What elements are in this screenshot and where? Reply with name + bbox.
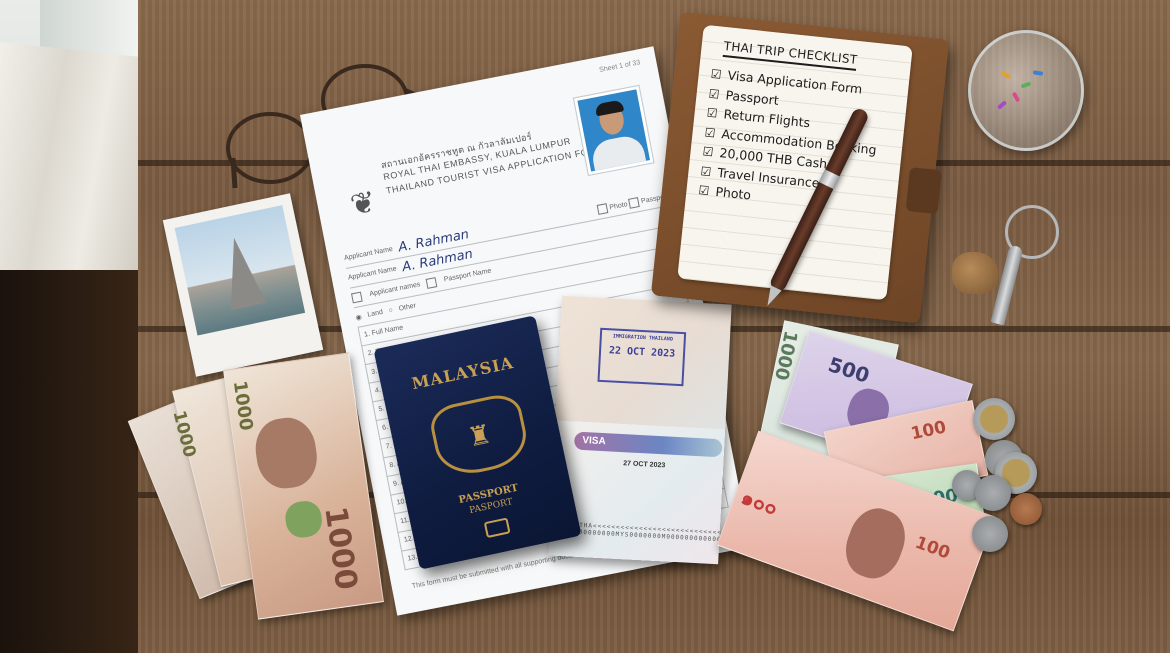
photo-scene: Sheet 1 of 33 ❦ สถานเอกอัครราชทูต ณ กัวล… (0, 0, 1170, 653)
checked-box-icon: ☑ (710, 65, 724, 86)
paperclip (997, 100, 1007, 109)
checkbox-label: Passport Name (443, 267, 492, 283)
coin (975, 475, 1011, 511)
denomination: 100 (912, 533, 952, 564)
paperclip (1033, 70, 1044, 76)
sheet-label: Sheet 1 of 33 (599, 59, 641, 74)
field-label: Applicant Name (347, 265, 397, 281)
checkbox-label: Applicant names (369, 281, 421, 298)
radio-icon: ○ (388, 307, 393, 315)
portrait (838, 501, 914, 586)
denomination: 100 (909, 417, 948, 444)
field-label: Applicant Name (344, 246, 394, 262)
entry-stamp: IMMIGRATION THAILAND 22 OCT 2023 (597, 328, 686, 386)
coin (972, 516, 1008, 552)
checked-box-icon: ☑ (697, 181, 711, 202)
checked-box-icon: ☑ (700, 162, 714, 183)
paperclip (1012, 92, 1020, 103)
coin (973, 398, 1015, 440)
elephant-keychain-icon (952, 252, 998, 294)
denomination: 500 (825, 352, 872, 388)
biometric-chip-icon (484, 517, 511, 538)
checked-box-icon: ☑ (702, 142, 716, 163)
denomination: 1000 (229, 379, 257, 432)
paperclip-jar-icon (968, 30, 1084, 151)
visa-page: VISA 27 OCT 2023 V<THA<<<<<<<<<<<<<<<<<<… (548, 421, 725, 565)
notebook-strap (906, 167, 942, 214)
checkbox (351, 291, 363, 303)
applicant-photo (574, 86, 654, 175)
passport-country: MALAYSIA (380, 347, 545, 400)
stamp-page: IMMIGRATION THAILAND 22 OCT 2023 (555, 296, 731, 430)
visa-label: VISA (574, 432, 723, 458)
denomination: ๑๐๐ (737, 481, 783, 524)
radio-label: Land (367, 309, 384, 319)
checked-box-icon: ☑ (708, 84, 722, 105)
checkbox-label: Photo (609, 201, 628, 211)
checkbox (597, 203, 609, 215)
garuda-emblem-icon: ❦ (340, 179, 386, 229)
denomination: 1000 (317, 504, 363, 592)
portrait (252, 414, 321, 492)
stamp-header: IMMIGRATION THAILAND (602, 333, 684, 343)
temple-icon (216, 234, 266, 310)
floor-shadow (0, 270, 150, 653)
temple-photo (175, 205, 305, 335)
checkbox (628, 196, 640, 208)
photo-shirt (590, 133, 647, 172)
malaysia-coat-of-arms-icon: ♜ (427, 391, 532, 481)
checked-box-icon: ☑ (706, 104, 720, 125)
paperclip (1001, 71, 1012, 79)
curtain (0, 42, 150, 298)
radio-icon: ◉ (355, 313, 363, 322)
checkbox (425, 277, 437, 289)
radio-label: Other (398, 302, 417, 312)
checked-box-icon: ☑ (704, 123, 718, 144)
visa-date: 27 OCT 2023 (623, 460, 665, 469)
coin (1010, 493, 1042, 525)
checklist-item-label: Photo (715, 184, 752, 203)
stamp-date: 22 OCT 2023 (601, 345, 683, 360)
paperclip (1021, 81, 1032, 88)
